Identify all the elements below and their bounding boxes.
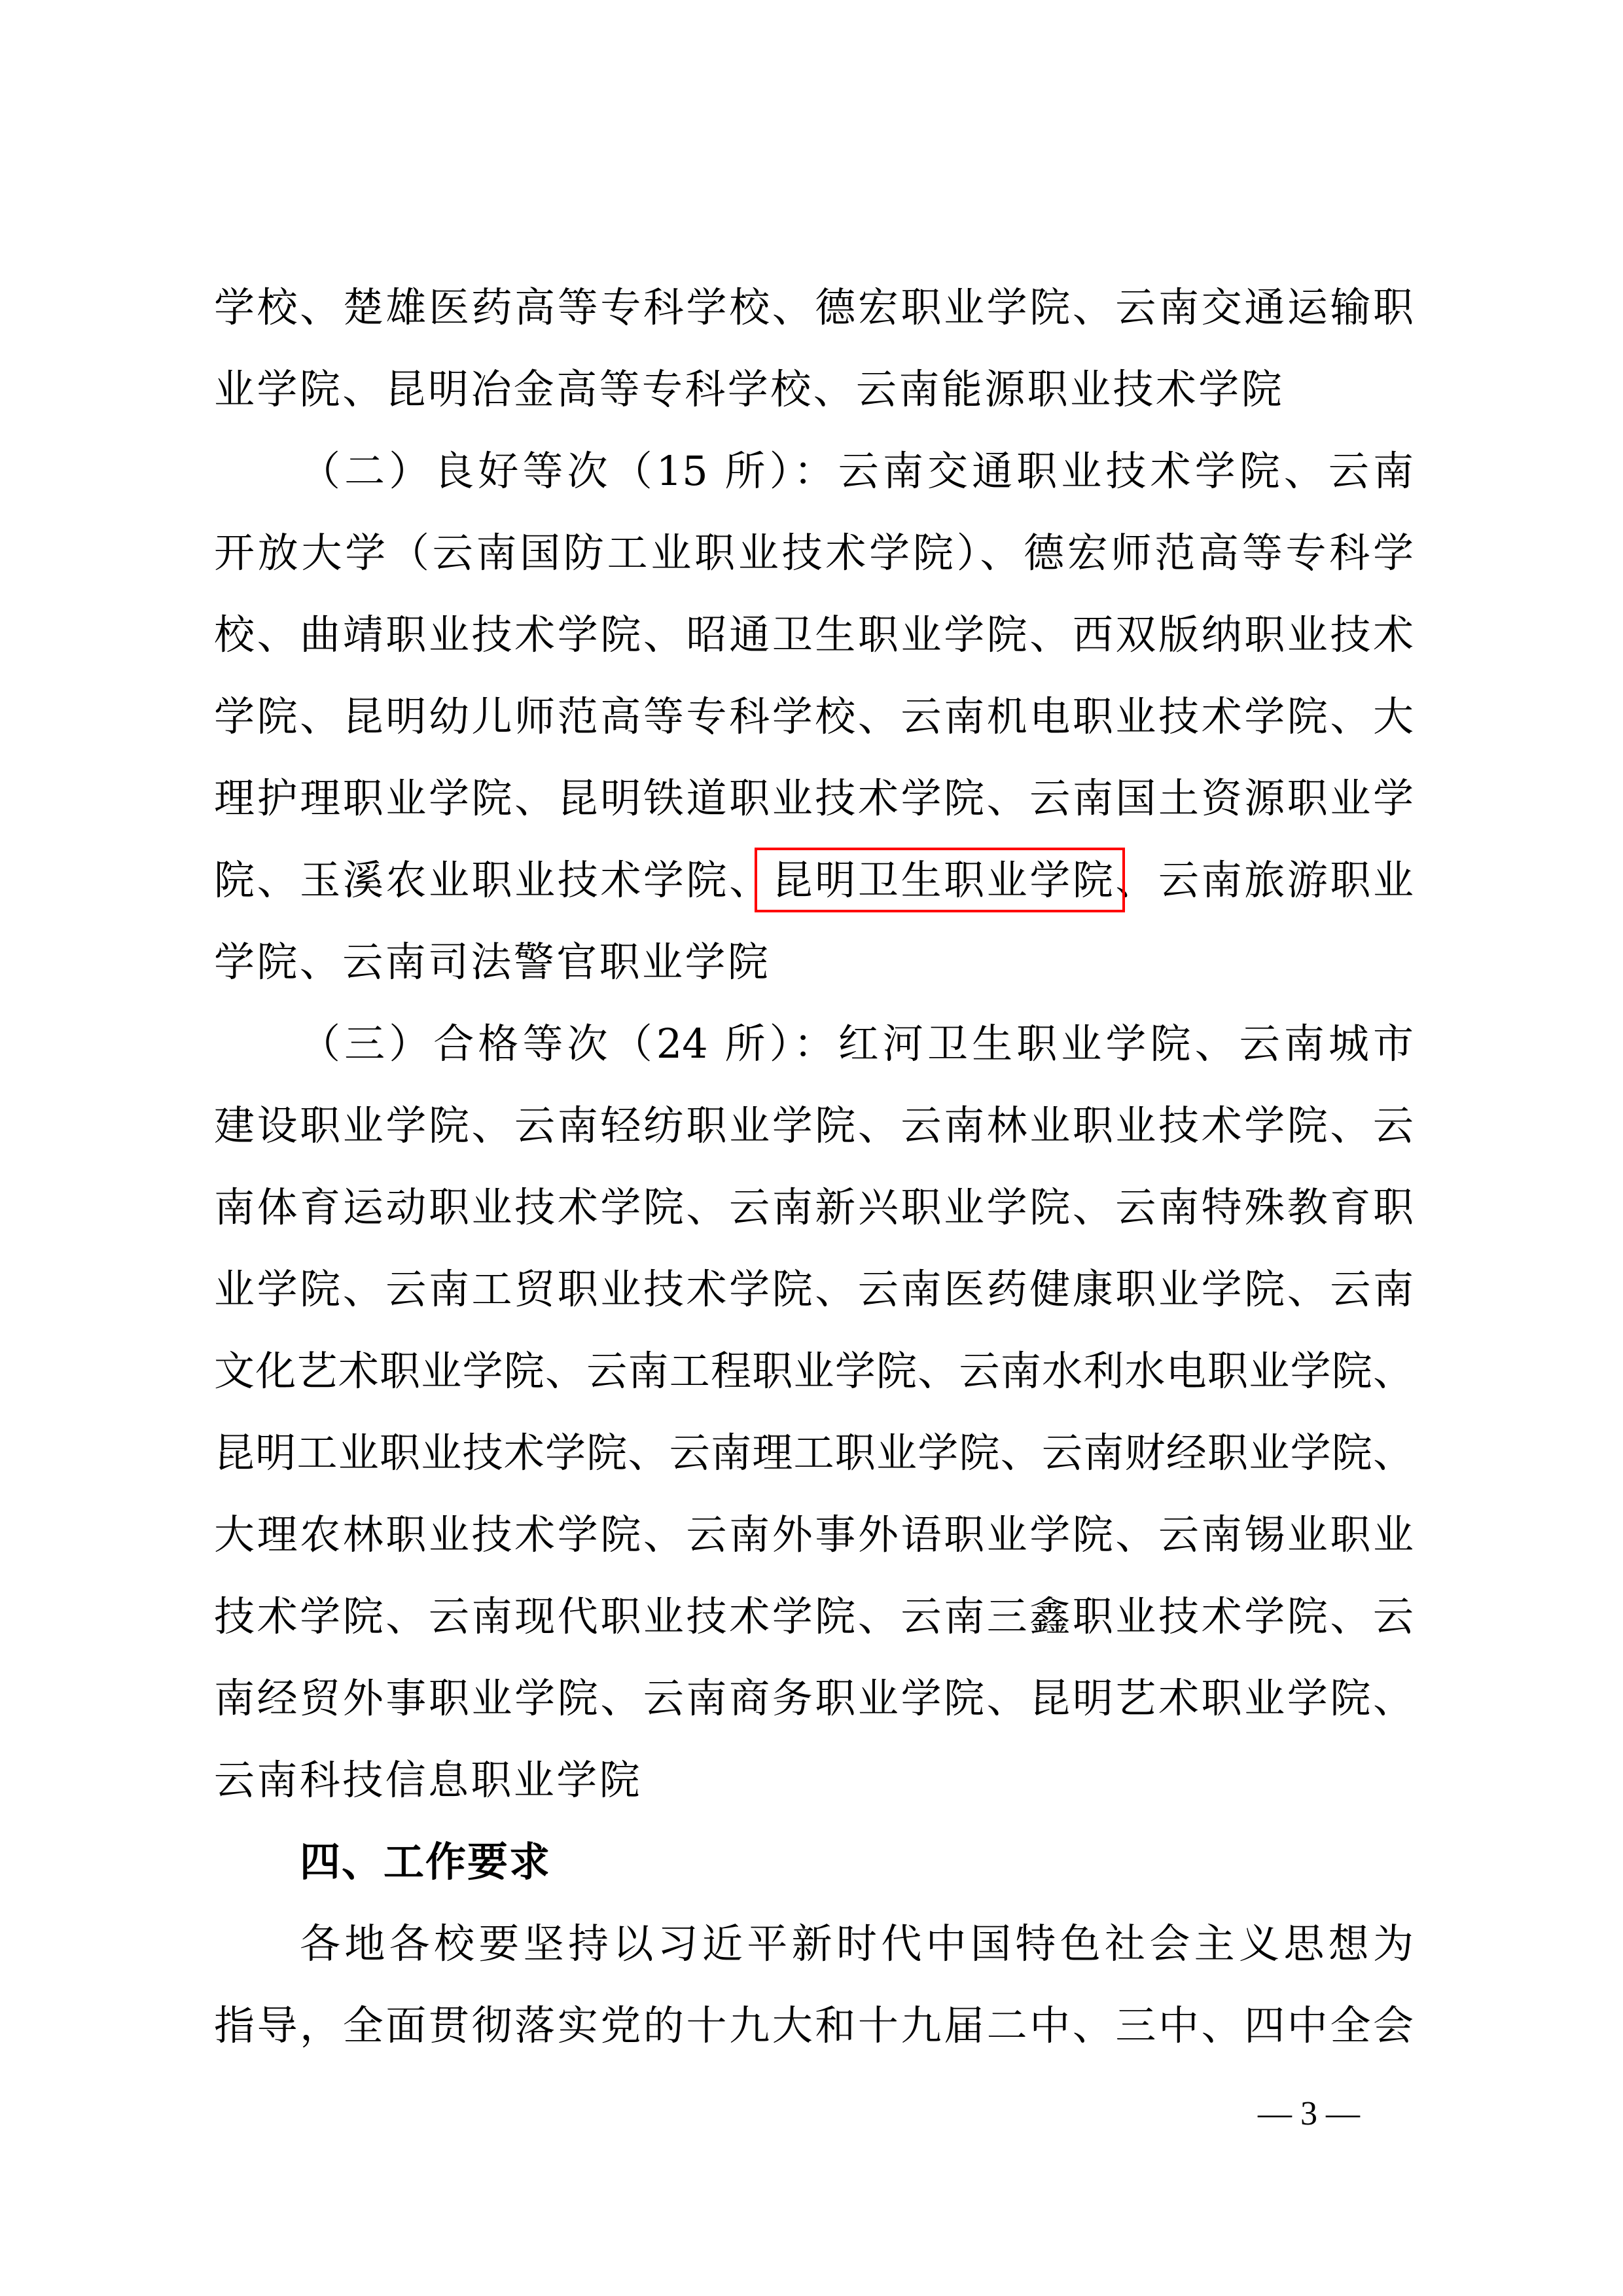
text-line: 理护理职业学院、昆明铁道职业技术学院、云南国土资源职业学 (214, 772, 1414, 825)
text-line: 南体育运动职业技术学院、云南新兴职业学院、云南特殊教育职 (214, 1181, 1414, 1234)
text-line: 院、玉溪农业职业技术学院、昆明卫生职业学院、云南旅游职业 (214, 854, 1414, 906)
qualified-tier-first-line: （三）合格等次（24 所）：红河卫生职业学院、云南城市 (300, 1018, 1414, 1070)
text-line: 昆明工业职业技术学院、云南理工职业学院、云南财经职业学院、 (214, 1427, 1414, 1479)
text-line: 建设职业学院、云南轻纺职业学院、云南林业职业技术学院、云 (214, 1100, 1414, 1152)
section-heading: 四、工作要求 (300, 1836, 551, 1888)
text-line: 开放大学（云南国防工业职业技术学院）、德宏师范高等专科学 (214, 527, 1414, 579)
text-line: 学院、云南司法警官职业学院 (214, 936, 1414, 988)
text-line: 指导，全面贯彻落实党的十九大和十九届二中、三中、四中全会 (214, 2000, 1414, 2052)
document-page: 学校、楚雄医药高等专科学校、德宏职业学院、云南交通运输职 业学院、昆明冶金高等专… (0, 0, 1623, 2296)
text-line: 各地各校要坚持以习近平新时代中国特色社会主义思想为 (300, 1918, 1414, 1970)
text-line: 学校、楚雄医药高等专科学校、德宏职业学院、云南交通运输职 (214, 281, 1414, 334)
page-number: — 3 — (1230, 2091, 1387, 2137)
text-line: 业学院、云南工贸职业技术学院、云南医药健康职业学院、云南 (214, 1263, 1414, 1316)
text-line: 校、曲靖职业技术学院、昭通卫生职业学院、西双版纳职业技术 (214, 609, 1414, 661)
text-line: 学院、昆明幼儿师范高等专科学校、云南机电职业技术学院、大 (214, 691, 1414, 743)
text-line: 南经贸外事职业学院、云南商务职业学院、昆明艺术职业学院、 (214, 1672, 1414, 1725)
text-line: 大理农林职业技术学院、云南外事外语职业学院、云南锡业职业 (214, 1509, 1414, 1561)
text-line: 文化艺术职业学院、云南工程职业学院、云南水利水电职业学院、 (214, 1345, 1414, 1397)
text-line: 云南科技信息职业学院 (214, 1754, 1414, 1806)
text-line: 技术学院、云南现代职业技术学院、云南三鑫职业技术学院、云 (214, 1590, 1414, 1643)
text-line: 业学院、昆明冶金高等专科学校、云南能源职业技术学院 (214, 363, 1414, 416)
good-tier-first-line: （二）良好等次（15 所）：云南交通职业技术学院、云南 (300, 445, 1414, 497)
